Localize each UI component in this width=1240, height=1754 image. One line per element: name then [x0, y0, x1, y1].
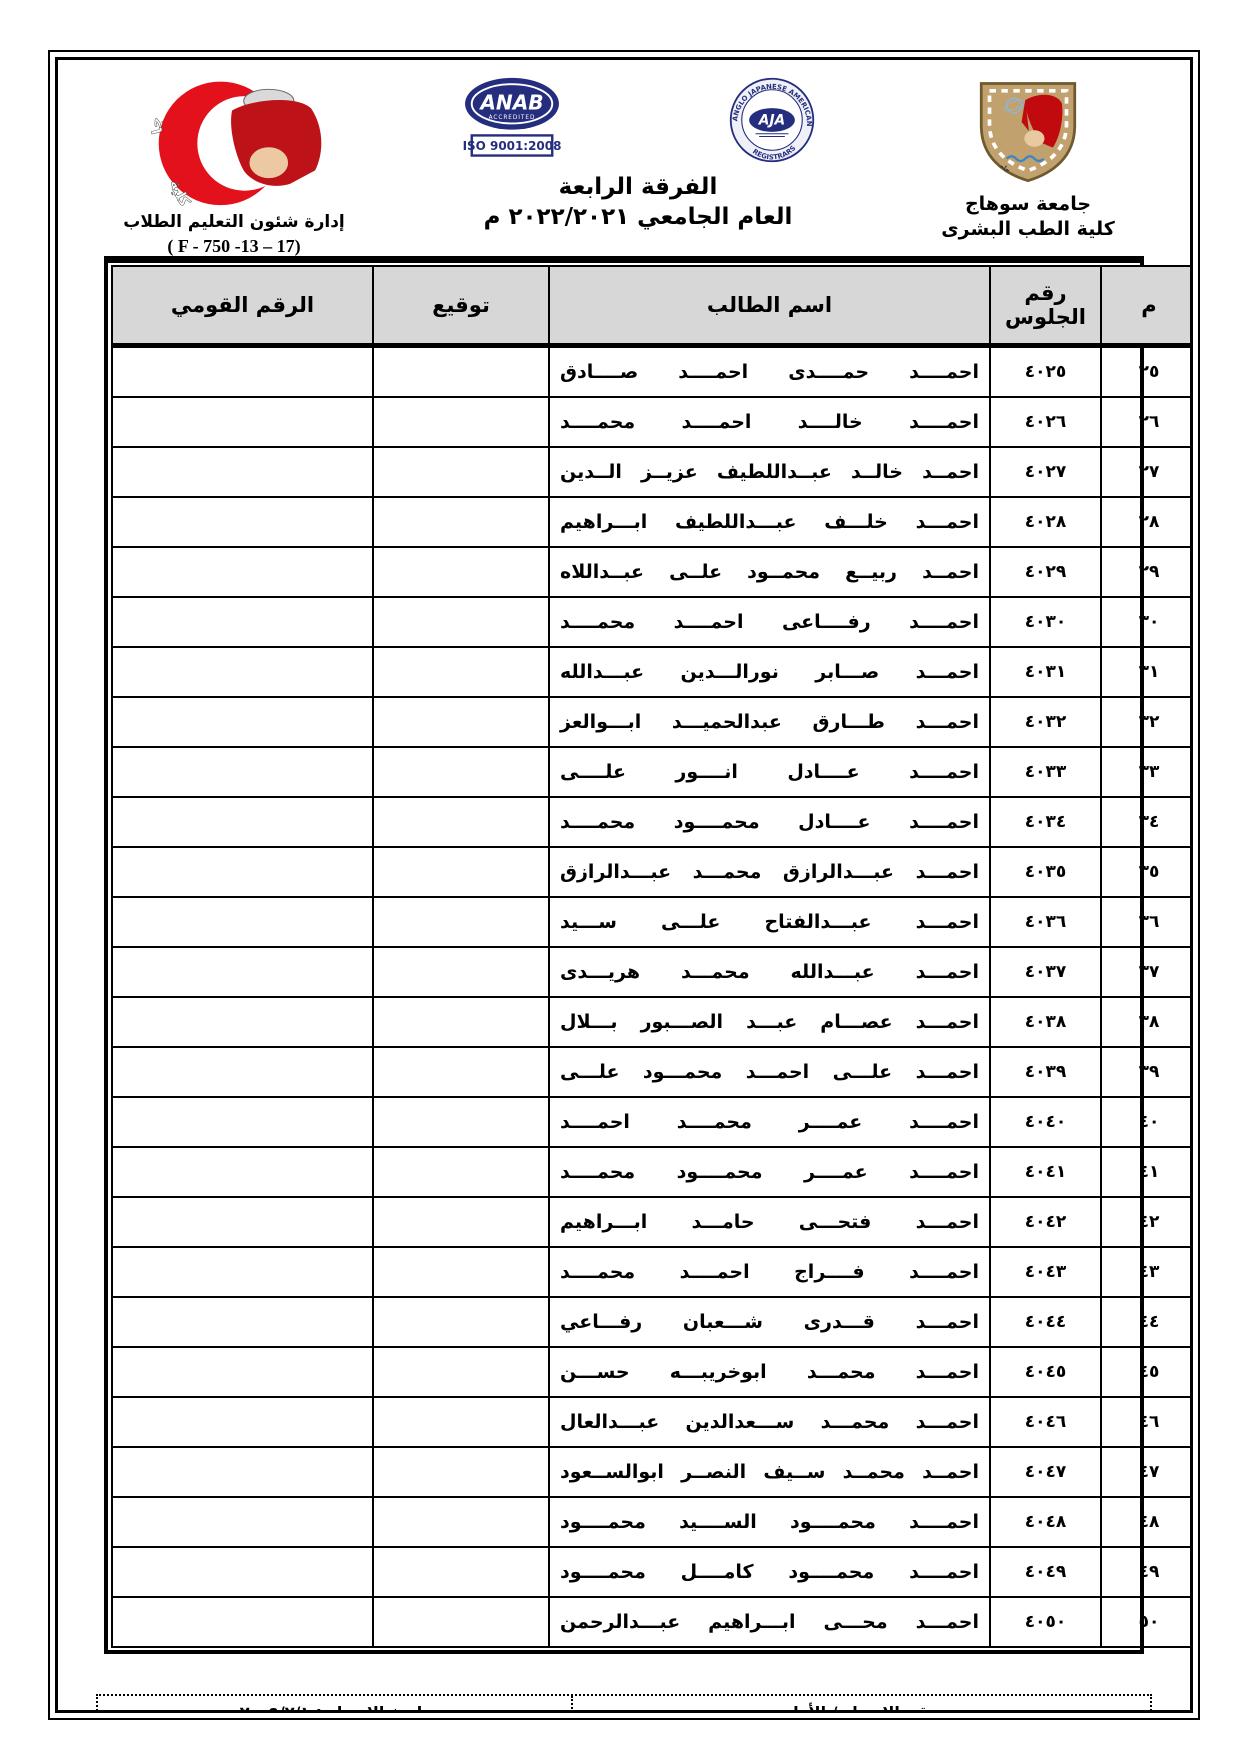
seat-no-cell: ٤٠٣٢ — [990, 697, 1101, 747]
table-row: ٥٠ ٤٠٥٠ احمـــد محـــى ابـــراهيم عبـــد… — [112, 1597, 1193, 1647]
seat-no-cell: ٤٠٣٠ — [990, 597, 1101, 647]
seat-no-cell: ٤٠٢٥ — [990, 346, 1101, 398]
student-name-cell: احمـــد محمـــد ســـعدالدين عبـــدالعال — [549, 1397, 990, 1447]
serial-cell: ٤٤ — [1101, 1297, 1193, 1347]
table-row: ٢٥ ٤٠٢٥ احمــــد حمــــدى احمــــد صــــ… — [112, 346, 1193, 398]
serial-cell: ٤٧ — [1101, 1447, 1193, 1497]
national-id-cell — [112, 597, 373, 647]
national-id-cell — [112, 447, 373, 497]
table-row: ٤٩ ٤٠٤٩ احمــــد محمــــود كامــــل محمـ… — [112, 1547, 1193, 1597]
signature-cell — [373, 797, 549, 847]
serial-cell: ٣٧ — [1101, 947, 1193, 997]
seat-no-cell: ٤٠٤٢ — [990, 1197, 1101, 1247]
page-inner-frame: جامعة سوهاج جامعة سوهاج كلية الطب البشرى… — [55, 57, 1193, 1713]
table-row: ٣٧ ٤٠٣٧ احمـــد عبـــدالله محمـــد هريــ… — [112, 947, 1193, 997]
seat-no-cell: ٤٠٣٤ — [990, 797, 1101, 847]
seat-no-cell: ٤٠٤٧ — [990, 1447, 1101, 1497]
document-header: جامعة سوهاج جامعة سوهاج كلية الطب البشرى… — [84, 68, 1164, 256]
students-table-frame: م رقم الجلوس اسم الطالب توقيع الرقم القو… — [104, 256, 1144, 1654]
grade-title: الفرقة الرابعة — [384, 174, 892, 200]
serial-cell: ٥٠ — [1101, 1597, 1193, 1647]
serial-cell: ٢٧ — [1101, 447, 1193, 497]
serial-cell: ٤٠ — [1101, 1097, 1193, 1147]
national-id-cell — [112, 1047, 373, 1097]
signature-cell — [373, 497, 549, 547]
table-row: ٣٨ ٤٠٣٨ احمـــد عصـــام عبـــد الصـــبور… — [112, 997, 1193, 1047]
national-id-cell — [112, 547, 373, 597]
seat-no-cell: ٤٠٢٦ — [990, 397, 1101, 447]
national-id-cell — [112, 797, 373, 847]
national-id-cell — [112, 897, 373, 947]
header-student-name: اسم الطالب — [549, 266, 990, 346]
serial-cell: ٤٨ — [1101, 1497, 1193, 1547]
national-id-cell — [112, 1397, 373, 1447]
seat-no-cell: ٤٠٣٧ — [990, 947, 1101, 997]
table-row: ٣٦ ٤٠٣٦ احمـــد عبـــدالفتاح علـــى ســـ… — [112, 897, 1193, 947]
seat-no-cell: ٤٠٣٥ — [990, 847, 1101, 897]
serial-cell: ٢٨ — [1101, 497, 1193, 547]
signature-cell — [373, 997, 549, 1047]
table-row: ٢٦ ٤٠٢٦ احمــــد خالــــد احمــــد محمــ… — [112, 397, 1193, 447]
student-name-cell: احمـــد صـــابر نورالـــدين عبـــدالله — [549, 647, 990, 697]
student-name-cell: احمـــد عبـــدالله محمـــد هريـــدى — [549, 947, 990, 997]
student-name-cell: احمـــد محمـــد ابوخريبـــه حســـن — [549, 1347, 990, 1397]
table-row: ٤٠ ٤٠٤٠ احمــــد عمــــر محمــــد احمـــ… — [112, 1097, 1193, 1147]
national-id-cell — [112, 1297, 373, 1347]
serial-cell: ٣٠ — [1101, 597, 1193, 647]
serial-cell: ٣٣ — [1101, 747, 1193, 797]
table-row: ٤٨ ٤٠٤٨ احمــــد محمــــود الســــيد محم… — [112, 1497, 1193, 1547]
accreditation-logos: ANAB ACCREDITED ISO 9001:2008 AN — [384, 76, 892, 170]
table-row: ٣٠ ٤٠٣٠ احمــــد رفــــاعى احمــــد محمـ… — [112, 597, 1193, 647]
seat-no-cell: ٤٠٤٣ — [990, 1247, 1101, 1297]
serial-cell: ٢٦ — [1101, 397, 1193, 447]
national-id-cell — [112, 1547, 373, 1597]
student-name-cell: احمـــد خلـــف عبـــداللطيف ابـــراهيم — [549, 497, 990, 547]
national-id-cell — [112, 1347, 373, 1397]
national-id-cell — [112, 497, 373, 547]
seat-no-cell: ٤٠٤٥ — [990, 1347, 1101, 1397]
page-frame: جامعة سوهاج جامعة سوهاج كلية الطب البشرى… — [48, 50, 1200, 1720]
national-id-cell — [112, 1097, 373, 1147]
student-name-cell: احمـــد محـــى ابـــراهيم عبـــدالرحمن — [549, 1597, 990, 1647]
table-row: ٤٧ ٤٠٤٧ احمــد محمــد ســيف النصــر ابوا… — [112, 1447, 1193, 1497]
signature-cell — [373, 647, 549, 697]
national-id-cell — [112, 1197, 373, 1247]
student-name-cell: احمــــد محمــــود الســــيد محمــــود — [549, 1497, 990, 1547]
seat-no-cell: ٤٠٤٤ — [990, 1297, 1101, 1347]
national-id-cell — [112, 1597, 373, 1647]
university-block: جامعة سوهاج جامعة سوهاج كلية الطب البشرى — [892, 68, 1164, 256]
serial-cell: ٣٦ — [1101, 897, 1193, 947]
anab-label: ANAB — [478, 91, 543, 115]
signature-cell — [373, 1297, 549, 1347]
table-row: ٣٥ ٤٠٣٥ احمـــد عبـــدالرازق محمـــد عبـ… — [112, 847, 1193, 897]
student-name-cell: احمــد خالــد عبــداللطيف عزيــز الــدين — [549, 447, 990, 497]
student-name-cell: احمــد محمــد ســيف النصــر ابوالســعود — [549, 1447, 990, 1497]
table-row: ٣١ ٤٠٣١ احمـــد صـــابر نورالـــدين عبــ… — [112, 647, 1193, 697]
serial-cell: ٣٨ — [1101, 997, 1193, 1047]
crescent-top-caption: جامعة سوهاج — [132, 70, 167, 136]
header-national-id: الرقم القومي — [112, 266, 373, 346]
seat-no-cell: ٤٠٤٦ — [990, 1397, 1101, 1447]
seat-no-cell: ٤٠٣٨ — [990, 997, 1101, 1047]
signature-cell — [373, 1147, 549, 1197]
student-name-cell: احمـــد عبـــدالرازق محمـــد عبـــدالراز… — [549, 847, 990, 897]
signature-cell — [373, 1347, 549, 1397]
seat-no-cell: ٤٠٤٠ — [990, 1097, 1101, 1147]
anab-iso-logo: ANAB ACCREDITED ISO 9001:2008 — [460, 76, 564, 168]
student-name-cell: احمـــد فتحـــى حامـــد ابـــراهيم — [549, 1197, 990, 1247]
signature-cell — [373, 1397, 549, 1447]
signature-cell — [373, 1447, 549, 1497]
header-seat-no: رقم الجلوس — [990, 266, 1101, 346]
signature-cell — [373, 1497, 549, 1547]
header-row: م رقم الجلوس اسم الطالب توقيع الرقم القو… — [112, 266, 1193, 346]
header-signature: توقيع — [373, 266, 549, 346]
seat-no-cell: ٤٠٣٩ — [990, 1047, 1101, 1097]
national-id-cell — [112, 947, 373, 997]
serial-cell: ٣٩ — [1101, 1047, 1193, 1097]
seat-no-cell: ٤٠٢٩ — [990, 547, 1101, 597]
signature-cell — [373, 397, 549, 447]
student-name-cell: احمــــد عــــادل انــــور علــــى — [549, 747, 990, 797]
signature-cell — [373, 697, 549, 747]
national-id-cell — [112, 1147, 373, 1197]
signature-cell — [373, 1097, 549, 1147]
student-name-cell: احمـــد عبـــدالفتاح علـــى ســـيد — [549, 897, 990, 947]
table-row: ٤٣ ٤٠٤٣ احمــــد فــــراج احمــــد محمــ… — [112, 1247, 1193, 1297]
student-name-cell: احمــد ربيــع محمــود علــى عبــداللاه — [549, 547, 990, 597]
seat-no-cell: ٤٠٣٣ — [990, 747, 1101, 797]
signature-cell — [373, 1247, 549, 1297]
signature-cell — [373, 346, 549, 398]
student-name-cell: احمــــد رفــــاعى احمــــد محمــــد — [549, 597, 990, 647]
national-id-cell — [112, 997, 373, 1047]
serial-cell: ٤٢ — [1101, 1197, 1193, 1247]
students-table-header: م رقم الجلوس اسم الطالب توقيع الرقم القو… — [112, 266, 1193, 346]
table-row: ٤٦ ٤٠٤٦ احمـــد محمـــد ســـعدالدين عبــ… — [112, 1397, 1193, 1447]
serial-cell: ٣٥ — [1101, 847, 1193, 897]
serial-cell: ٤٦ — [1101, 1397, 1193, 1447]
issue-number: رقم الإصدار / الأول — [571, 1696, 1151, 1713]
admin-department: إدارة شئون التعليم الطلاب — [84, 212, 384, 232]
iso-9001-label: ISO 9001:2008 — [463, 139, 562, 153]
national-id-cell — [112, 346, 373, 398]
serial-cell: ٤٥ — [1101, 1347, 1193, 1397]
seat-no-cell: ٤٠٤١ — [990, 1147, 1101, 1197]
seat-no-cell: ٤٠٤٩ — [990, 1547, 1101, 1597]
issue-date: تاريخ الإصدار : ٢٠٠٩/٢/١ — [98, 1696, 571, 1713]
student-table-body: ٢٥ ٤٠٢٥ احمــــد حمــــدى احمــــد صــــ… — [112, 346, 1193, 1648]
university-name: جامعة سوهاج — [892, 192, 1164, 217]
national-id-cell — [112, 697, 373, 747]
national-id-cell — [112, 647, 373, 697]
table-row: ٢٩ ٤٠٢٩ احمــد ربيــع محمــود علــى عبــ… — [112, 547, 1193, 597]
seat-no-cell: ٤٠٣١ — [990, 647, 1101, 697]
table-row: ٤١ ٤٠٤١ احمــــد عمــــر محمــــود محمــ… — [112, 1147, 1193, 1197]
table-row: ٢٨ ٤٠٢٨ احمـــد خلـــف عبـــداللطيف ابــ… — [112, 497, 1193, 547]
national-id-cell — [112, 847, 373, 897]
national-id-cell — [112, 1497, 373, 1547]
seat-no-cell: ٤٠٤٨ — [990, 1497, 1101, 1547]
table-row: ٢٧ ٤٠٢٧ احمــد خالــد عبــداللطيف عزيــز… — [112, 447, 1193, 497]
table-row: ٣٩ ٤٠٣٩ احمـــد علـــى احمـــد محمـــود … — [112, 1047, 1193, 1097]
form-code: ( F - 750 -13 – 17) — [84, 236, 384, 257]
signature-cell — [373, 447, 549, 497]
student-name-cell: احمــــد عمــــر محمــــد احمــــد — [549, 1097, 990, 1147]
student-name-cell: احمـــد علـــى احمـــد محمـــود علـــى — [549, 1047, 990, 1097]
signature-cell — [373, 1197, 549, 1247]
signature-cell — [373, 597, 549, 647]
aja-label: AJA — [758, 113, 785, 129]
anab-accredited-label: ACCREDITED — [489, 115, 536, 121]
students-table: م رقم الجلوس اسم الطالب توقيع الرقم القو… — [111, 265, 1193, 1648]
table-row: ٣٢ ٤٠٣٢ احمـــد طـــارق عبدالحميـــد ابـ… — [112, 697, 1193, 747]
student-name-cell: احمــــد محمــــود كامــــل محمــــود — [549, 1547, 990, 1597]
university-shield-logo: جامعة سوهاج — [968, 78, 1088, 188]
signature-cell — [373, 947, 549, 997]
signature-cell — [373, 547, 549, 597]
signature-cell — [373, 1047, 549, 1097]
issue-info-box: رقم الإصدار / الأول تاريخ الإصدار : ٢٠٠٩… — [96, 1694, 1152, 1713]
header-serial: م — [1101, 266, 1193, 346]
table-row: ٣٣ ٤٠٣٣ احمــــد عــــادل انــــور علـــ… — [112, 747, 1193, 797]
signature-cell — [373, 747, 549, 797]
national-id-cell — [112, 747, 373, 797]
academic-year-title: العام الجامعي ٢٠٢٢/٢٠٢١ م — [384, 204, 892, 230]
signature-cell — [373, 897, 549, 947]
serial-cell: ٣١ — [1101, 647, 1193, 697]
admin-block: جامعة سوهاج كلية الطب إدارة شئون التعليم… — [84, 68, 384, 256]
student-name-cell: احمــــد حمــــدى احمــــد صــــادق — [549, 346, 990, 398]
student-name-cell: احمــــد عــــادل محمــــود محمــــد — [549, 797, 990, 847]
serial-cell: ٢٥ — [1101, 346, 1193, 398]
student-name-cell: احمــــد عمــــر محمــــود محمــــد — [549, 1147, 990, 1197]
signature-cell — [373, 1547, 549, 1597]
table-row: ٤٤ ٤٠٤٤ احمـــد قـــدرى شـــعبان رفـــاع… — [112, 1297, 1193, 1347]
svg-text:جامعة سوهاج: جامعة سوهاج — [132, 70, 167, 136]
serial-cell: ٣٢ — [1101, 697, 1193, 747]
signature-cell — [373, 847, 549, 897]
student-name-cell: احمـــد قـــدرى شـــعبان رفـــاعي — [549, 1297, 990, 1347]
national-id-cell — [112, 1447, 373, 1497]
seat-no-cell: ٤٠٢٧ — [990, 447, 1101, 497]
serial-cell: ٢٩ — [1101, 547, 1193, 597]
seat-no-cell: ٤٠٥٠ — [990, 1597, 1101, 1647]
serial-cell: ٤٩ — [1101, 1547, 1193, 1597]
serial-cell: ٤١ — [1101, 1147, 1193, 1197]
faculty-name: كلية الطب البشرى — [892, 217, 1164, 242]
serial-cell: ٣٤ — [1101, 797, 1193, 847]
table-row: ٣٤ ٤٠٣٤ احمــــد عــــادل محمــــود محمـ… — [112, 797, 1193, 847]
table-row: ٤٢ ٤٠٤٢ احمـــد فتحـــى حامـــد ابـــراه… — [112, 1197, 1193, 1247]
national-id-cell — [112, 397, 373, 447]
student-name-cell: احمـــد عصـــام عبـــد الصـــبور بـــلال — [549, 997, 990, 1047]
serial-cell: ٤٣ — [1101, 1247, 1193, 1297]
student-name-cell: احمــــد خالــــد احمــــد محمــــد — [549, 397, 990, 447]
title-block: ANAB ACCREDITED ISO 9001:2008 AN — [384, 68, 892, 256]
seat-no-cell: ٤٠٢٨ — [990, 497, 1101, 547]
national-id-cell — [112, 1247, 373, 1297]
student-name-cell: احمــــد فــــراج احمــــد محمــــد — [549, 1247, 990, 1297]
student-name-cell: احمـــد طـــارق عبدالحميـــد ابـــوالعز — [549, 697, 990, 747]
table-row: ٤٥ ٤٠٤٥ احمـــد محمـــد ابوخريبـــه حســ… — [112, 1347, 1193, 1397]
signature-cell — [373, 1597, 549, 1647]
faculty-crescent-logo: جامعة سوهاج كلية الطب — [132, 70, 337, 210]
seat-no-cell: ٤٠٣٦ — [990, 897, 1101, 947]
aja-logo: ANGLO JAPANESE AMERICAN REGISTRARS AJA — [728, 76, 816, 164]
